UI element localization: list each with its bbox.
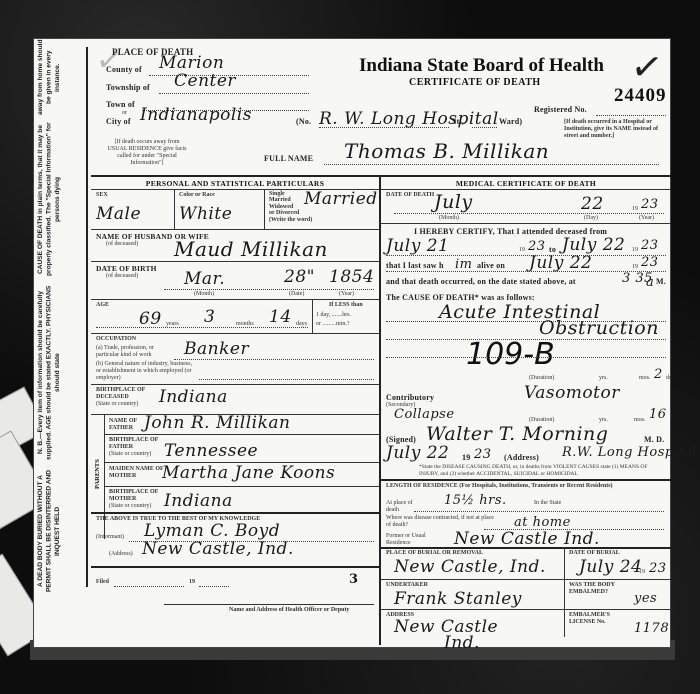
- mos-label: mos.: [634, 417, 646, 424]
- physician-address: R.W. Long Hospital: [562, 445, 697, 460]
- meridiem: a: [646, 275, 654, 290]
- city-value: Indianapolis: [140, 105, 252, 125]
- father-label: NAME OF FATHER: [109, 418, 149, 432]
- last-saw-year: 23: [641, 255, 659, 270]
- year-prefix: 19: [639, 569, 645, 576]
- m-label: M.: [656, 277, 666, 286]
- certificate-subtitle: CERTIFICATE OF DEATH: [409, 77, 541, 88]
- less-min: or .........min.?: [316, 321, 350, 328]
- or-label: or: [122, 110, 127, 117]
- informant-address-label: (Address): [109, 551, 133, 558]
- mother-birthplace-sub: (State or country): [109, 503, 151, 510]
- year-prefix: 19: [632, 264, 638, 271]
- year-prefix: 19: [462, 453, 470, 462]
- former-residence-value: New Castle Ind.: [454, 529, 600, 549]
- margin-rule: [86, 47, 88, 587]
- burial-place-value: New Castle, Ind.: [394, 557, 546, 577]
- less-than-label: If LESS than: [329, 302, 363, 309]
- cause-line-2: Obstruction: [539, 317, 659, 339]
- embalmed-label: WAS THE BODY EMBALMED?: [569, 582, 639, 596]
- full-name-value: Thomas B. Millikan: [344, 139, 549, 163]
- spouse-sub: (of deceased): [106, 241, 138, 248]
- year-prefix: 19: [632, 206, 638, 213]
- burial-date-label: DATE OF BURIAL: [569, 550, 620, 557]
- dob-month: Mar.: [184, 269, 225, 289]
- death-occurred-text: and that death occurred, on the date sta…: [386, 277, 576, 286]
- year-prefix: 19: [632, 247, 638, 254]
- year-caption: (Year): [639, 215, 654, 222]
- date-of-death-day: 22: [581, 194, 604, 214]
- ds-label: ds.: [666, 375, 673, 382]
- personal-section-heading: PERSONAL AND STATISTICAL PARTICULARS: [91, 179, 379, 188]
- physician-signature: Walter T. Morning: [426, 423, 608, 445]
- father-birthplace-label: BIRTHPLACE OF FATHER: [109, 437, 164, 451]
- occupation-value: Banker: [184, 339, 249, 359]
- birthplace-label: BIRTHPLACE OF DECEASED: [96, 387, 151, 401]
- cause-footnote: *State the DISEASE CAUSING DEATH, or, in…: [419, 464, 649, 477]
- check-mark-icon: ✓: [93, 39, 125, 80]
- contributory-value: Vasomotor: [524, 383, 620, 403]
- color-value: White: [179, 204, 232, 224]
- page-title: Indiana State Board of Health: [359, 55, 604, 77]
- father-birthplace-sub: (State or country): [109, 451, 151, 458]
- mother-value: Martha Jane Koons: [162, 463, 335, 483]
- last-saw-value: July 22: [529, 253, 592, 273]
- county-value: Marion: [159, 53, 224, 73]
- contracted-label: Where was disease contracted, if not at …: [386, 515, 496, 529]
- death-certificate: A DEAD BODY BURIED WITHOUT A PERMIT SHAL…: [33, 38, 671, 648]
- month-caption: (Month): [194, 291, 214, 298]
- dob-day: 28": [284, 267, 315, 287]
- age-years: 69: [139, 309, 162, 329]
- duration-days: 2: [654, 367, 663, 382]
- number-label: (No.: [296, 117, 311, 126]
- dob-sub: (of deceased): [106, 273, 138, 280]
- attended-from: July 21: [386, 236, 449, 256]
- township-label: Township of: [106, 83, 150, 92]
- full-name-label: FULL NAME: [264, 154, 313, 163]
- date-of-death-year: 23: [641, 197, 659, 212]
- sex-value: Male: [96, 204, 141, 224]
- color-label: Color or Race: [179, 192, 215, 199]
- medical-section-heading: MEDICAL CERTIFICATE OF DEATH: [381, 179, 671, 188]
- last-saw-pronoun: im: [455, 257, 473, 272]
- undertaker-value: Frank Stanley: [394, 589, 522, 609]
- informant-address-value: New Castle, Ind.: [142, 539, 294, 559]
- license-value: 1178: [634, 621, 669, 636]
- attended-to: July 22: [562, 235, 625, 255]
- dob-label: DATE OF BIRTH: [96, 264, 157, 273]
- age-label: AGE: [96, 302, 109, 309]
- margin-warning: A DEAD BODY BURIED WITHOUT A PERMIT SHAL…: [36, 463, 82, 599]
- burial-year: 23: [649, 561, 667, 576]
- birthplace-sub: (State or country): [96, 401, 138, 408]
- duration-label: (Duration): [529, 375, 554, 382]
- filed-value: 3: [349, 572, 359, 587]
- street-label: St.,: [452, 117, 464, 126]
- signed-date: July 22: [386, 443, 449, 463]
- md-label: M. D.: [644, 435, 664, 444]
- marital-value: Married: [304, 189, 378, 209]
- spouse-value: Maud Millikan: [174, 237, 328, 261]
- burial-date-value: July 24: [579, 557, 642, 577]
- birthplace-value: Indiana: [159, 387, 228, 407]
- physician-address-label: (Address): [504, 453, 539, 462]
- date-caption: (Date): [289, 291, 304, 298]
- burial-place-label: PLACE OF BURIAL OR REMOVAL: [386, 550, 483, 557]
- mother-birthplace-label: BIRTHPLACE OF MOTHER: [109, 489, 164, 503]
- less-day: 1 day, .......hrs.: [316, 312, 351, 319]
- city-label: City of: [106, 117, 131, 126]
- contributory-duration: 16: [649, 407, 667, 422]
- margin-note-line: CAUSE OF DEATH in plain terms, that it m…: [36, 116, 82, 283]
- day-caption: (Day): [584, 215, 598, 222]
- age-days: 14: [269, 307, 292, 327]
- cause-code: 109-B: [466, 337, 555, 372]
- parents-label: PARENTS: [94, 429, 101, 489]
- occupation-label: OCCUPATION: [96, 336, 136, 343]
- last-saw-label: that I last saw h: [386, 261, 444, 270]
- occupation-b-label: (b) General nature of industry, business…: [96, 361, 196, 382]
- filed-year-prefix: 19: [189, 579, 195, 586]
- father-birthplace-value: Tennessee: [164, 441, 258, 461]
- check-mark-icon: ✓: [628, 43, 666, 91]
- margin-note-line: away from home should be given in every …: [36, 39, 82, 116]
- ward-label: Ward): [499, 117, 522, 126]
- street-value: R. W. Long Hospital: [319, 109, 499, 129]
- mos-label: mos.: [639, 375, 651, 382]
- embalmed-value: yes: [634, 591, 657, 606]
- contributory-label: Contributory: [386, 393, 434, 402]
- mother-birthplace-value: Indiana: [164, 491, 233, 511]
- at-place-value: 15½ hrs.: [444, 493, 507, 508]
- filed-label: Filed: [96, 579, 109, 586]
- informant-label: (Informant): [96, 534, 124, 541]
- attended-to-year: 23: [641, 238, 659, 253]
- father-value: John R. Millikan: [144, 413, 291, 433]
- mother-label: MAIDEN NAME OF MOTHER: [109, 466, 169, 480]
- margin-note-line: N. B.—Every item of information should b…: [36, 283, 82, 463]
- township-value: Center: [174, 71, 236, 91]
- date-of-death-label: DATE OF DEATH: [386, 192, 434, 199]
- dob-year: 1854: [329, 267, 374, 287]
- occupation-a-label: (a) Trade, profession, or particular kin…: [96, 345, 176, 359]
- date-of-death-month: July: [434, 191, 473, 213]
- residence-length-label: LENGTH OF RESIDENCE (For Hospitals, Inst…: [386, 483, 661, 490]
- town-label: Town of: [106, 100, 135, 109]
- county-label: County of: [106, 65, 142, 74]
- year-prefix: 19: [519, 247, 525, 254]
- registered-label: Registered No.: [534, 105, 587, 114]
- attended-from-year: 23: [528, 239, 546, 254]
- month-caption: (Month): [439, 215, 459, 222]
- sex-label: SEX: [96, 192, 108, 199]
- license-label: EMBALMER'S LICENSE No.: [569, 612, 624, 626]
- undertaker-address-line-2: Ind.: [444, 633, 480, 653]
- in-state-label: In the State: [534, 500, 564, 507]
- year-caption: (Year): [339, 291, 354, 298]
- signed-year: 23: [474, 447, 492, 462]
- undertaker-label: UNDERTAKER: [386, 582, 428, 589]
- alive-on-label: alive on: [477, 261, 505, 270]
- yrs-label: yrs.: [599, 375, 608, 382]
- health-officer-label: Name and Address of Health Officer or De…: [229, 607, 350, 614]
- residence-note: [If death occurs away from USUAL RESIDEN…: [106, 139, 188, 167]
- margin-notes: A DEAD BODY BURIED WITHOUT A PERMIT SHAL…: [36, 39, 82, 599]
- contributory-line-2: Collapse: [394, 407, 455, 422]
- contracted-value: at home: [514, 515, 571, 530]
- former-residence-label: Former or Usual Residence: [386, 533, 436, 547]
- informant-value: Lyman C. Boyd: [144, 521, 280, 541]
- registered-number: 24409: [614, 85, 667, 107]
- age-months: 3: [204, 307, 215, 327]
- hospital-note: [If death occurred in a Hospital or Inst…: [564, 119, 664, 140]
